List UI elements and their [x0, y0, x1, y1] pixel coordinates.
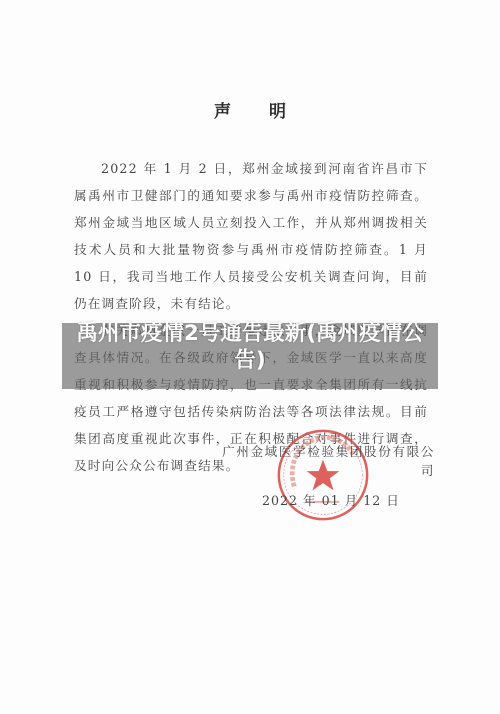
headline-overlay-text: 禹州市疫情2号通告最新(禹州疫情公告) — [62, 320, 438, 374]
signature-date: 2022 年 01 月 12 日 — [220, 490, 435, 509]
document-page: 声 明 2022 年 1 月 2 日，郑州金域接到河南省许昌市下属禹州市卫健部门… — [0, 0, 500, 714]
signature-company: 广州金域医学检验集团股份有限公司 — [220, 441, 435, 479]
document-body: 2022 年 1 月 2 日，郑州金域接到河南省许昌市下属禹州市卫健部门的通知要… — [74, 155, 428, 479]
paragraph-notice: 2022 年 1 月 2 日，郑州金域接到河南省许昌市下属禹州市卫健部门的通知要… — [74, 155, 428, 317]
document-title: 声 明 — [0, 97, 500, 122]
signature-block: 广州金域医学检验集团股份有限公司 2022 年 01 月 12 日 — [220, 441, 435, 509]
